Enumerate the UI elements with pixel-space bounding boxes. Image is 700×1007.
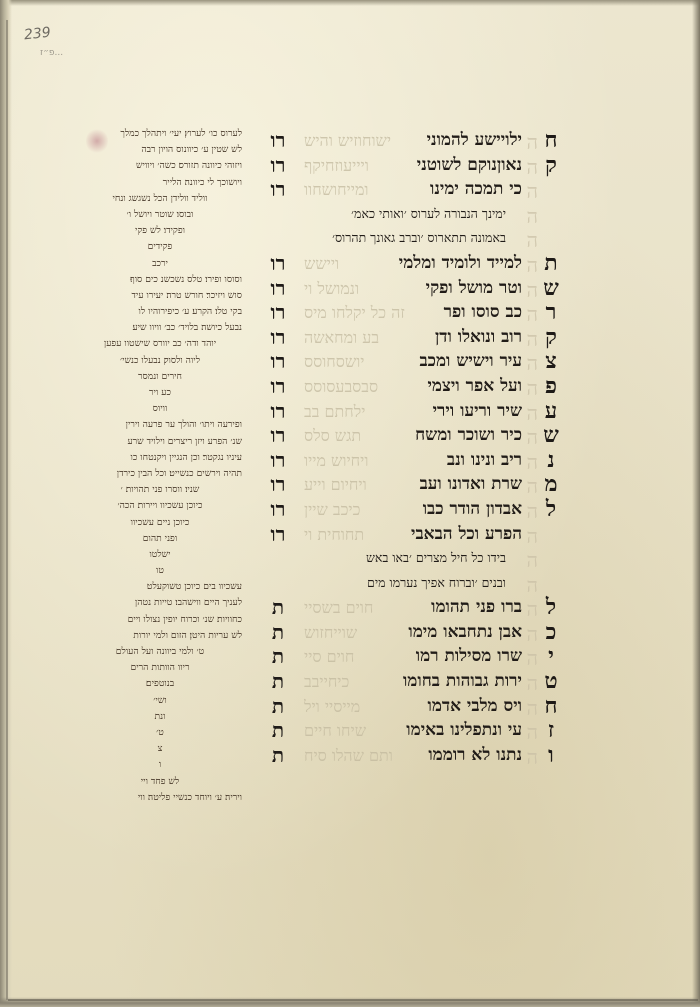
- acrostic-initial: ת: [536, 251, 566, 275]
- refrain-abbreviation: רו: [256, 399, 300, 423]
- poem-row: הבאמונה תתארוס ׳וברב גאונך תהרוס׳: [256, 226, 566, 251]
- bleed-through-initial: ה: [526, 573, 538, 598]
- page-right-edge: [692, 0, 700, 1007]
- commentary-line: עשכיוו בים כיוכן טשוקעלט׃: [78, 579, 242, 595]
- bleed-through-text: בע ומחאשה: [304, 327, 379, 349]
- bleed-through-initial: ה: [526, 204, 538, 229]
- commentary-column: לערוס כו׳ לערוץ׃ יעי׳ ויתהלך כמלךלש שטין…: [78, 126, 242, 806]
- bleed-through-text: ויישש: [304, 253, 339, 275]
- verse-line: הפרע וכל הבאבי: [411, 522, 522, 546]
- commentary-line: וויוס: [78, 401, 242, 417]
- bleed-through-initial: ה: [526, 179, 538, 204]
- verse-line: ירות גבוהות בחומו: [403, 669, 522, 693]
- bleed-through-text: זה כל יקלחו מיס: [304, 302, 405, 324]
- refrain-abbreviation: ת: [256, 595, 300, 619]
- poem-row: הוותם שהלו סיחנתנו לא רוממות: [256, 743, 566, 768]
- acrostic-initial: ל: [536, 497, 566, 521]
- refrain-abbreviation: רו: [256, 325, 300, 349]
- acrostic-initial: ח: [536, 128, 566, 152]
- bleed-through-text: ויייעוזחיקף: [304, 155, 369, 177]
- commentary-line: טו: [78, 563, 242, 579]
- bleed-through-text: חוים סיי: [304, 646, 354, 668]
- verse-line: אבדון הודר כבו: [423, 497, 522, 521]
- folio-number: 239: [23, 25, 51, 44]
- bleed-through-text: ילחתם בב: [304, 401, 365, 423]
- commentary-line: וסוסו ופירו׃ טלס נשכשנ כים סוף׃: [78, 272, 242, 288]
- poem-row: השונמושל ויוטר מושל ופקירו: [256, 276, 566, 301]
- refrain-abbreviation: ת: [256, 743, 300, 767]
- refrain-abbreviation: רו: [256, 448, 300, 472]
- acrostic-initial: פ: [536, 374, 566, 398]
- poem-row: הימינך הנבורה לערוס ׳ואותי כאמ׳: [256, 202, 566, 227]
- acrostic-initial: י: [536, 644, 566, 668]
- bleed-through-initial: ה: [526, 524, 538, 549]
- bleed-through-text: ויחיום וייע: [304, 474, 367, 496]
- poem-row: החישוחוזיש והישילויישע להמונירו: [256, 128, 566, 153]
- poem-row: הטכיחייבבירות גבוהות בחומות: [256, 669, 566, 694]
- folio-note: פ״ז...: [40, 48, 63, 58]
- acrostic-initial: ר: [536, 300, 566, 324]
- refrain-abbreviation: רו: [256, 522, 300, 546]
- commentary-line: יוהד ודה׳ כב יוורס שישטוו עפען: [78, 336, 242, 352]
- commentary-line: חירים ונמסר: [78, 369, 242, 385]
- refrain-abbreviation: רו: [256, 349, 300, 373]
- commentary-line: בקי טלו׃ הקרע׃ ע׳ כיפירוהיו לו: [78, 304, 242, 320]
- verse-line: שרת ואדונו ועב: [420, 472, 522, 496]
- bleed-through-text: ונמושל וי: [304, 278, 359, 300]
- commentary-line: ושי׳: [78, 693, 242, 709]
- bleed-through-text: תחוחית וי: [304, 524, 364, 546]
- commentary-line: סוש ויזיכר׃ חורש טרה׃ יעירו עיד: [78, 288, 242, 304]
- verse-line: ילויישע להמוני: [427, 128, 522, 152]
- acrostic-initial: נ: [536, 448, 566, 472]
- verse-line: כי תמכה ימינו: [430, 177, 522, 201]
- acrostic-initial: ו: [536, 743, 566, 767]
- poem-row: התוייששלמייד ולומיד ומלמירו: [256, 251, 566, 276]
- refrain-abbreviation: ת: [256, 644, 300, 668]
- acrostic-initial: מ: [536, 472, 566, 496]
- poem-row: הבידו כל חיל מצרים ׳באו באש: [256, 546, 566, 571]
- commentary-line: ובוסו׃ שוטר ויושל ו׳: [78, 207, 242, 223]
- acrostic-initial: צ: [536, 349, 566, 373]
- verse-line: עיר וישיש ומכב: [419, 349, 522, 373]
- commentary-line: בנוטפים׃: [78, 676, 242, 692]
- verse-line: ויס מלבי אדמו: [427, 694, 522, 718]
- poem-row: הזשיחו חייםעי ונתפלינו באימות: [256, 718, 566, 743]
- commentary-line: כע ויר: [78, 385, 242, 401]
- poem-row: המויחיום וייעשרת ואדונו ועברו: [256, 472, 566, 497]
- refrain-abbreviation: רו: [256, 374, 300, 398]
- verse-quotation: ובנים ׳וברוח אפיך נערמו מים: [367, 571, 506, 595]
- bleed-through-text: סבסבעסוסס: [304, 376, 378, 398]
- commentary-line: צ: [78, 741, 242, 757]
- poem-row: התחוחית ויהפרע וכל הבאבירו: [256, 522, 566, 547]
- bleed-through-text: מייסיי ויל: [304, 696, 360, 718]
- poem-row: הלכיכב שייןאבדון הודר כבורו: [256, 497, 566, 522]
- bleed-through-text: חוים בשסיי: [304, 597, 373, 619]
- verse-line: נתנו לא רוממו: [428, 743, 522, 767]
- verse-line: למייד ולומיד ומלמי: [399, 251, 522, 275]
- acrostic-initial: ז: [536, 718, 566, 742]
- bleed-through-text: ותם שהלו סיח: [304, 745, 393, 767]
- poem-row: הנויחיוש מייוריב ונינו ונברו: [256, 448, 566, 473]
- poem-row: הרזה כל יקלחו מיסכב סוסו ופררו: [256, 300, 566, 325]
- commentary-line: לערוס כו׳ לערוץ׃ יעי׳ ויתהלך כמלך: [78, 126, 242, 142]
- commentary-line: כיוכן עשכיוו ויירות׃ הכה׳: [78, 498, 242, 514]
- refrain-abbreviation: רו: [256, 472, 300, 496]
- page-bottom-line: [8, 999, 698, 1001]
- verse-line: שיר וריעו וירי: [433, 399, 522, 423]
- refrain-abbreviation: ת: [256, 669, 300, 693]
- commentary-line: ט׳ ולמי ביוונה ועל העולם: [78, 644, 242, 660]
- refrain-abbreviation: ת: [256, 718, 300, 742]
- refrain-abbreviation: רו: [256, 251, 300, 275]
- refrain-abbreviation: רו: [256, 153, 300, 177]
- commentary-line: פקידים: [78, 239, 242, 255]
- commentary-line: ויריה׃ ע׳ ויוחד כנשיי פליטה׃ ווי: [78, 790, 242, 806]
- poem-column: החישוחוזיש והישילויישע להמונירוהקויייעוז…: [256, 128, 566, 767]
- poem-row: היחוים סיישרו מסילות רמות: [256, 644, 566, 669]
- acrostic-initial: ש: [536, 276, 566, 300]
- commentary-line: ונת: [78, 709, 242, 725]
- bleed-through-text: שוייחזוש: [304, 622, 357, 644]
- commentary-line: ויזוהי כיוונה תזורס׃ כשה׳ ויוויש: [78, 158, 242, 174]
- manuscript-page: 239 פ״ז... לערוס כו׳ לערוץ׃ יעי׳ ויתהלך …: [0, 0, 700, 1007]
- commentary-line: ישלטו: [78, 547, 242, 563]
- verse-line: רוב ונואלו ודן: [435, 325, 522, 349]
- commentary-line: שנ׳ הפרע ויזן ריצרים וילויד שרע: [78, 434, 242, 450]
- bleed-through-initial: ה: [526, 548, 538, 573]
- poem-row: הובנים ׳וברוח אפיך נערמו מים: [256, 571, 566, 596]
- refrain-abbreviation: ת: [256, 694, 300, 718]
- refrain-abbreviation: רו: [256, 300, 300, 324]
- commentary-line: ירכב: [78, 256, 242, 272]
- commentary-line: כיוכן ניים עשכיוו: [78, 515, 242, 531]
- commentary-line: נבעל כיושה׃ בלויד׳ כב׳ וויוו שיע׃: [78, 320, 242, 336]
- poem-row: הפסבסבעסוססועל אפר ויצמירו: [256, 374, 566, 399]
- acrostic-initial: ש: [536, 423, 566, 447]
- bleed-through-text: כיכב שיין: [304, 499, 360, 521]
- bleed-through-text: יושסחוסס: [304, 351, 364, 373]
- bleed-through-initial: ה: [526, 228, 538, 253]
- commentary-line: ליוה ולסוק׃ נבעלו כנשי׳: [78, 353, 242, 369]
- poem-row: השתגש סלסכיר ושוכר ומשחרו: [256, 423, 566, 448]
- acrostic-initial: ע: [536, 399, 566, 423]
- verse-line: אבן נתחבאו מימו: [408, 620, 522, 644]
- binding-line: [6, 20, 8, 1000]
- acrostic-initial: ל: [536, 595, 566, 619]
- poem-row: הכשוייחזושאבן נתחבאו מימות: [256, 620, 566, 645]
- verse-line: כיר ושוכר ומשח: [415, 423, 522, 447]
- commentary-line: ריוו הוותות הרים: [78, 660, 242, 676]
- commentary-line: לעניך היים ווישהבו׃ טייות נטהן: [78, 595, 242, 611]
- verse-line: וטר מושל ופקי: [426, 276, 522, 300]
- commentary-line: תהיה וירשים כנשייט׃ וכל הבין כירדן: [78, 466, 242, 482]
- verse-quotation: ימינך הנבורה לערוס ׳ואותי כאמ׳: [351, 202, 506, 226]
- commentary-line: כחוויות׃ שנ׳ וכרוח יופין נצולו ויים: [78, 612, 242, 628]
- commentary-line: לש שטין ע׳ כיוונוס הויון רבה: [78, 142, 242, 158]
- acrostic-initial: ח: [536, 694, 566, 718]
- verse-line: ריב ונינו ונב: [447, 448, 522, 472]
- poem-row: הומייחושחווכי תמכה ימינורו: [256, 177, 566, 202]
- verse-line: נאוןנוקם לשוטני: [417, 153, 522, 177]
- verse-line: כב סוסו ופר: [444, 300, 522, 324]
- commentary-line: ויושוכך לי כיוונה׃ הלייר: [78, 175, 242, 191]
- bleed-through-text: ויחיוש מייו: [304, 450, 368, 472]
- commentary-line: ווליד וולידן הכל נשגשג ונחי: [78, 191, 242, 207]
- poem-row: העילחתם בבשיר וריעו וירירו: [256, 399, 566, 424]
- commentary-line: ט׳: [78, 725, 242, 741]
- poem-row: הלחוים בשסייברו פני תהומות: [256, 595, 566, 620]
- commentary-line: ופקידו׃ לש פקי: [78, 223, 242, 239]
- poem-row: הקבע ומחאשהרוב ונואלו ודןרו: [256, 325, 566, 350]
- commentary-line: לש פחד ויי: [78, 774, 242, 790]
- bleed-through-text: שיחו חיים: [304, 720, 366, 742]
- bleed-through-text: ומייחושחוו: [304, 179, 369, 201]
- bleed-through-text: תגש סלס: [304, 425, 361, 447]
- verse-line: עי ונתפלינו באימו: [406, 718, 522, 742]
- acrostic-initial: ט: [536, 669, 566, 693]
- bleed-through-text: כיחייבב: [304, 671, 349, 693]
- acrostic-initial: ק: [536, 325, 566, 349]
- verse-line: ברו פני תהומו: [431, 595, 522, 619]
- verse-line: ועל אפר ויצמי: [427, 374, 522, 398]
- verse-quotation: בידו כל חיל מצרים ׳באו באש: [366, 546, 506, 570]
- poem-row: הקויייעוזחיקףנאוןנוקם לשוטנירו: [256, 153, 566, 178]
- refrain-abbreviation: רו: [256, 497, 300, 521]
- refrain-abbreviation: רו: [256, 128, 300, 152]
- commentary-line: ופני תהום: [78, 531, 242, 547]
- poem-row: הציושסחוססעיר וישיש ומכברו: [256, 349, 566, 374]
- acrostic-initial: כ: [536, 620, 566, 644]
- verse-quotation: באמונה תתארוס ׳וברב גאונך תהרוס׳: [332, 226, 506, 250]
- bleed-through-text: ישוחוזיש והיש: [304, 130, 391, 152]
- commentary-line: שניו׃ ווסרו פני תהויות׃ ׳: [78, 482, 242, 498]
- poem-row: החמייסיי וילויס מלבי אדמות: [256, 694, 566, 719]
- commentary-line: לש עריות היטן׃ הזום ולמי יורות: [78, 628, 242, 644]
- refrain-abbreviation: ת: [256, 620, 300, 644]
- verse-line: שרו מסילות רמו: [416, 644, 522, 668]
- commentary-line: עיניו נגקטר׃ וכן הנגיין ויקנטחו כו: [78, 450, 242, 466]
- commentary-line: ו: [78, 757, 242, 773]
- refrain-abbreviation: רו: [256, 276, 300, 300]
- refrain-abbreviation: רו: [256, 423, 300, 447]
- page-top-edge: [0, 0, 700, 6]
- refrain-abbreviation: רו: [256, 177, 300, 201]
- acrostic-initial: ק: [536, 153, 566, 177]
- commentary-line: ופירעה ויתו׳ והולך ער פרעה וירין: [78, 417, 242, 433]
